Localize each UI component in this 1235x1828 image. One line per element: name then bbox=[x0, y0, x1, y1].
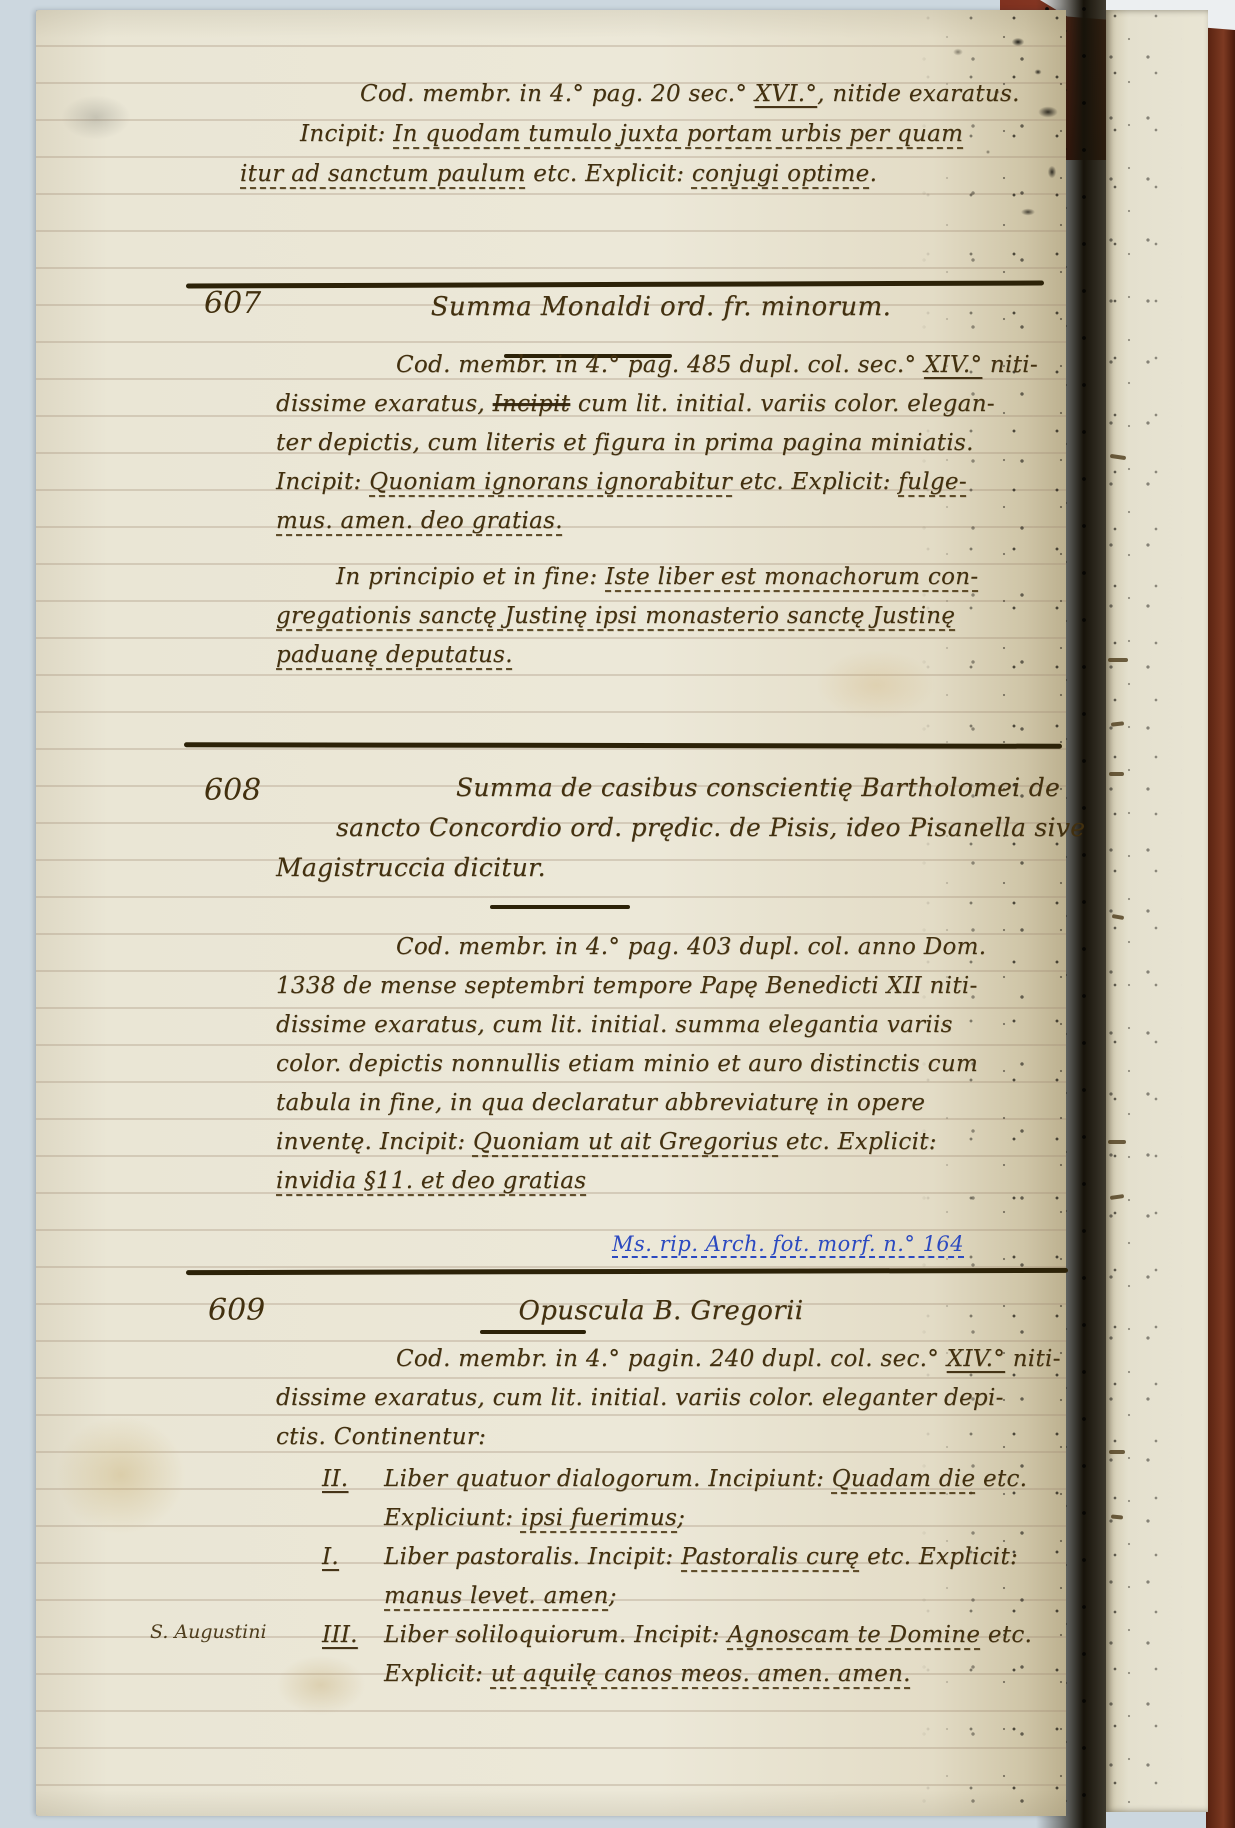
entry-number: 607 bbox=[204, 286, 261, 321]
book-cover-leather-edge bbox=[1206, 0, 1235, 1828]
section-divider-rule bbox=[186, 281, 1044, 289]
manuscript-line: inventę. Incipit: Quoniam ut ait Gregori… bbox=[276, 1123, 1076, 1162]
entry-number: 608 bbox=[204, 773, 261, 808]
manuscript-line: Cod. membr. in 4.° pag. 20 sec.° XVI.°, … bbox=[180, 74, 1060, 114]
manuscript-line: Cod. membr. in 4.° pagin. 240 dupl. col.… bbox=[276, 1340, 1076, 1379]
archival-annotation-blue-ink: Ms. rip. Arch. fot. morf. n.° 164 bbox=[612, 1232, 964, 1256]
entry-title: Summa de casibus conscientię Bartholomei… bbox=[276, 768, 1066, 888]
item-roman-numeral: III. bbox=[322, 1616, 384, 1655]
item-roman-numeral: II. bbox=[322, 1460, 384, 1499]
ink-speckle-texture bbox=[1106, 10, 1208, 1812]
entry-606-fragment: Cod. membr. in 4.° pag. 20 sec.° XVI.°, … bbox=[180, 74, 1060, 194]
cutoff-ink-stroke bbox=[1108, 1140, 1126, 1144]
list-item-line: manus levet. amen; bbox=[276, 1577, 1076, 1616]
manuscript-line: itur ad sanctum paulum etc. Explicit: co… bbox=[180, 154, 1060, 194]
side-annotation: S. Augustini bbox=[150, 1621, 267, 1643]
photographed-manuscript-catalog: Cod. membr. in 4.° pag. 20 sec.° XVI.°, … bbox=[0, 0, 1235, 1828]
manuscript-line: 1338 de mense septembri tempore Papę Ben… bbox=[276, 967, 1076, 1006]
title-flourish-underline bbox=[490, 905, 630, 909]
next-page-edge bbox=[1106, 10, 1208, 1812]
manuscript-line: invidia §11. et deo gratias bbox=[276, 1162, 1076, 1201]
list-item-line: III.Liber soliloquiorum. Incipit: Agnosc… bbox=[276, 1616, 1076, 1655]
manuscript-page: Cod. membr. in 4.° pag. 20 sec.° XVI.°, … bbox=[36, 10, 1066, 1816]
list-item: II.Liber quatuor dialogorum. Incipiunt: … bbox=[276, 1460, 1076, 1538]
manuscript-line: Cod. membr. in 4.° pag. 485 dupl. col. s… bbox=[276, 346, 1076, 385]
entry-description: Cod. membr. in 4.° pag. 403 dupl. col. a… bbox=[276, 928, 1076, 1201]
entry-description: Cod. membr. in 4.° pagin. 240 dupl. col.… bbox=[276, 1340, 1076, 1457]
manuscript-line: color. depictis nonnullis etiam minio et… bbox=[276, 1045, 1076, 1084]
manuscript-line: ctis. Continentur: bbox=[276, 1418, 1076, 1457]
entry-title: Opuscula B. Gregorii bbox=[276, 1296, 1046, 1326]
entry-description: Cod. membr. in 4.° pag. 485 dupl. col. s… bbox=[276, 346, 1076, 675]
entry-title-line: Summa de casibus conscientię Bartholomei… bbox=[276, 768, 1066, 808]
manuscript-line: dissime exaratus, cum lit. initial. summ… bbox=[276, 1006, 1076, 1045]
manuscript-line: tabula in fine, in qua declaratur abbrev… bbox=[276, 1084, 1076, 1123]
section-divider-rule bbox=[184, 742, 1062, 749]
entry-number: 609 bbox=[208, 1293, 265, 1328]
contents-list: II.Liber quatuor dialogorum. Incipiunt: … bbox=[276, 1460, 1076, 1694]
list-item-line: I.Liber pastoralis. Incipit: Pastoralis … bbox=[276, 1538, 1076, 1577]
manuscript-line: paduanę deputatus. bbox=[276, 636, 1076, 675]
manuscript-line: gregationis sanctę Justinę ipsi monaster… bbox=[276, 597, 1076, 636]
manuscript-line: dissime exaratus, Incipit cum lit. initi… bbox=[276, 385, 1076, 424]
manuscript-line: Cod. membr. in 4.° pag. 403 dupl. col. a… bbox=[276, 928, 1076, 967]
manuscript-line: dissime exaratus, cum lit. initial. vari… bbox=[276, 1379, 1076, 1418]
manuscript-line: Incipit: In quodam tumulo juxta portam u… bbox=[180, 114, 1060, 154]
entry-title: Summa Monaldi ord. fr. minorum. bbox=[276, 292, 1046, 322]
manuscript-line: In principio et in fine: Iste liber est … bbox=[276, 558, 1076, 597]
list-item-line: II.Liber quatuor dialogorum. Incipiunt: … bbox=[276, 1460, 1076, 1499]
cutoff-ink-stroke bbox=[1108, 658, 1128, 662]
manuscript-line: ter depictis, cum literis et figura in p… bbox=[276, 424, 1076, 463]
list-item: III.Liber soliloquiorum. Incipit: Agnosc… bbox=[276, 1616, 1076, 1694]
cutoff-ink-stroke bbox=[1109, 1450, 1125, 1454]
item-roman-numeral: I. bbox=[322, 1538, 384, 1577]
manuscript-line: mus. amen. deo gratias. bbox=[276, 502, 1076, 541]
manuscript-line: Incipit: Quoniam ignorans ignorabitur et… bbox=[276, 463, 1076, 502]
entry-title-line: sancto Concordio ord. prędic. de Pisis, … bbox=[276, 808, 1066, 848]
list-item-line: Expliciunt: ipsi fuerimus; bbox=[276, 1499, 1076, 1538]
cutoff-ink-stroke bbox=[1109, 772, 1124, 776]
handwritten-text-layer: Cod. membr. in 4.° pag. 20 sec.° XVI.°, … bbox=[36, 10, 1066, 1816]
entry-title-line: Magistruccia dicitur. bbox=[276, 848, 1066, 888]
list-item: I.Liber pastoralis. Incipit: Pastoralis … bbox=[276, 1538, 1076, 1616]
list-item-line: Explicit: ut aquilę canos meos. amen. am… bbox=[276, 1655, 1076, 1694]
title-flourish-underline bbox=[480, 1330, 586, 1334]
section-divider-rule bbox=[186, 1268, 1068, 1275]
